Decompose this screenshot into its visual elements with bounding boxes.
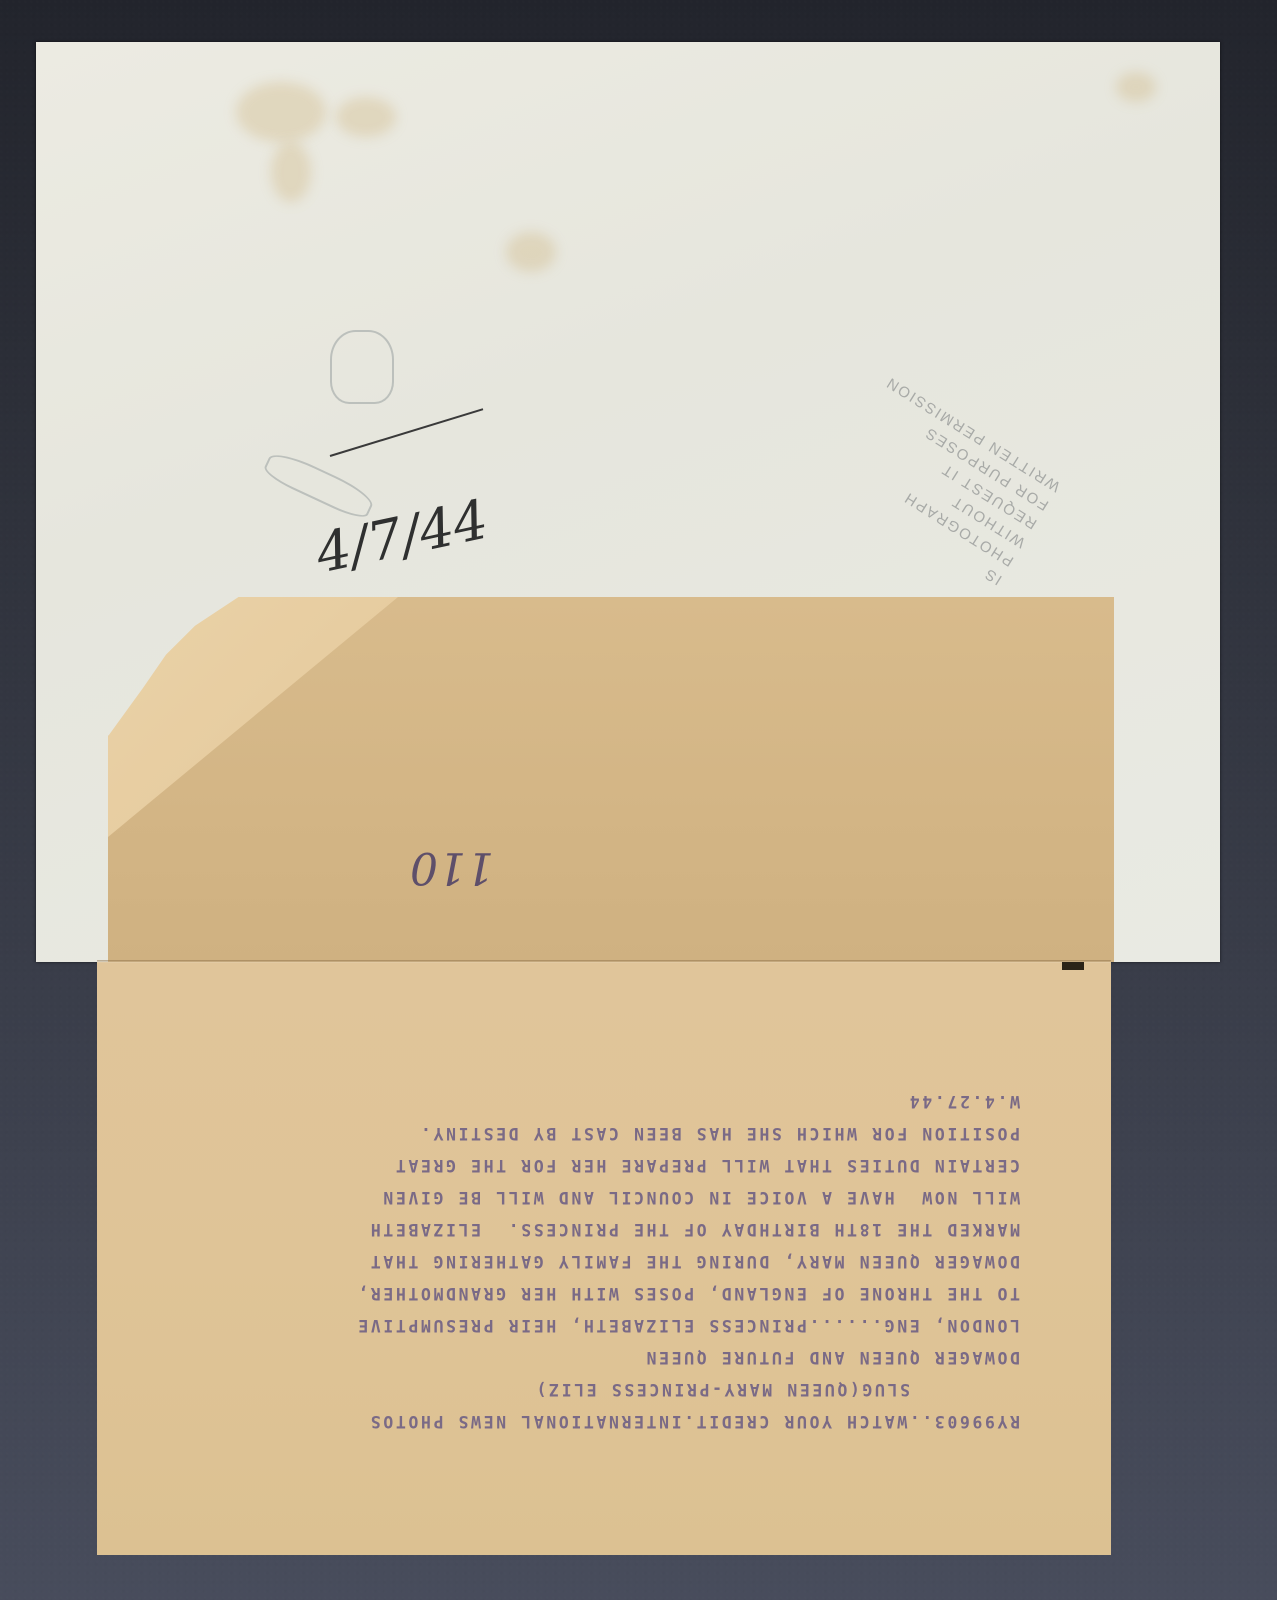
fold-crease [97, 960, 1111, 963]
caption-line: TO THE THRONE OF ENGLAND, POSES WITH HER… [240, 1277, 1020, 1309]
caption-line: LONDON, ENG......PRINCESS ELIZABETH, HEI… [240, 1309, 1020, 1341]
age-stain [336, 97, 396, 137]
handwritten-mark: 110 [410, 842, 494, 893]
caption-line: WILL NOW HAVE A VOICE IN COUNCIL AND WIL… [240, 1181, 1020, 1213]
typed-caption: RY99603..WATCH YOUR CREDIT.INTERNATIONAL… [240, 1085, 1020, 1437]
caption-line: RY99603..WATCH YOUR CREDIT.INTERNATIONAL… [240, 1405, 1020, 1437]
caption-date: W.4.27.44 [240, 1085, 1020, 1117]
caption-line: DOWAGER QUEEN AND FUTURE QUEEN [240, 1341, 1020, 1373]
caption-line: SLUG(QUEEN MARY-PRINCESS ELIZ) [240, 1373, 1020, 1405]
caption-line: POSITION FOR WHICH SHE HAS BEEN CAST BY … [240, 1117, 1020, 1149]
faint-pencil-sketch [330, 330, 394, 404]
age-stain [1116, 72, 1156, 102]
caption-line: DOWAGER QUEEN MARY, DURING THE FAMILY GA… [240, 1245, 1020, 1277]
caption-line: CERTAIN DUTIES THAT WILL PREPARE HER FOR… [240, 1149, 1020, 1181]
age-stain [271, 142, 311, 202]
age-stain [236, 82, 326, 142]
tear-notch [1062, 962, 1084, 970]
caption-line: MARKED THE 18TH BIRTHDAY OF THE PRINCESS… [240, 1213, 1020, 1245]
